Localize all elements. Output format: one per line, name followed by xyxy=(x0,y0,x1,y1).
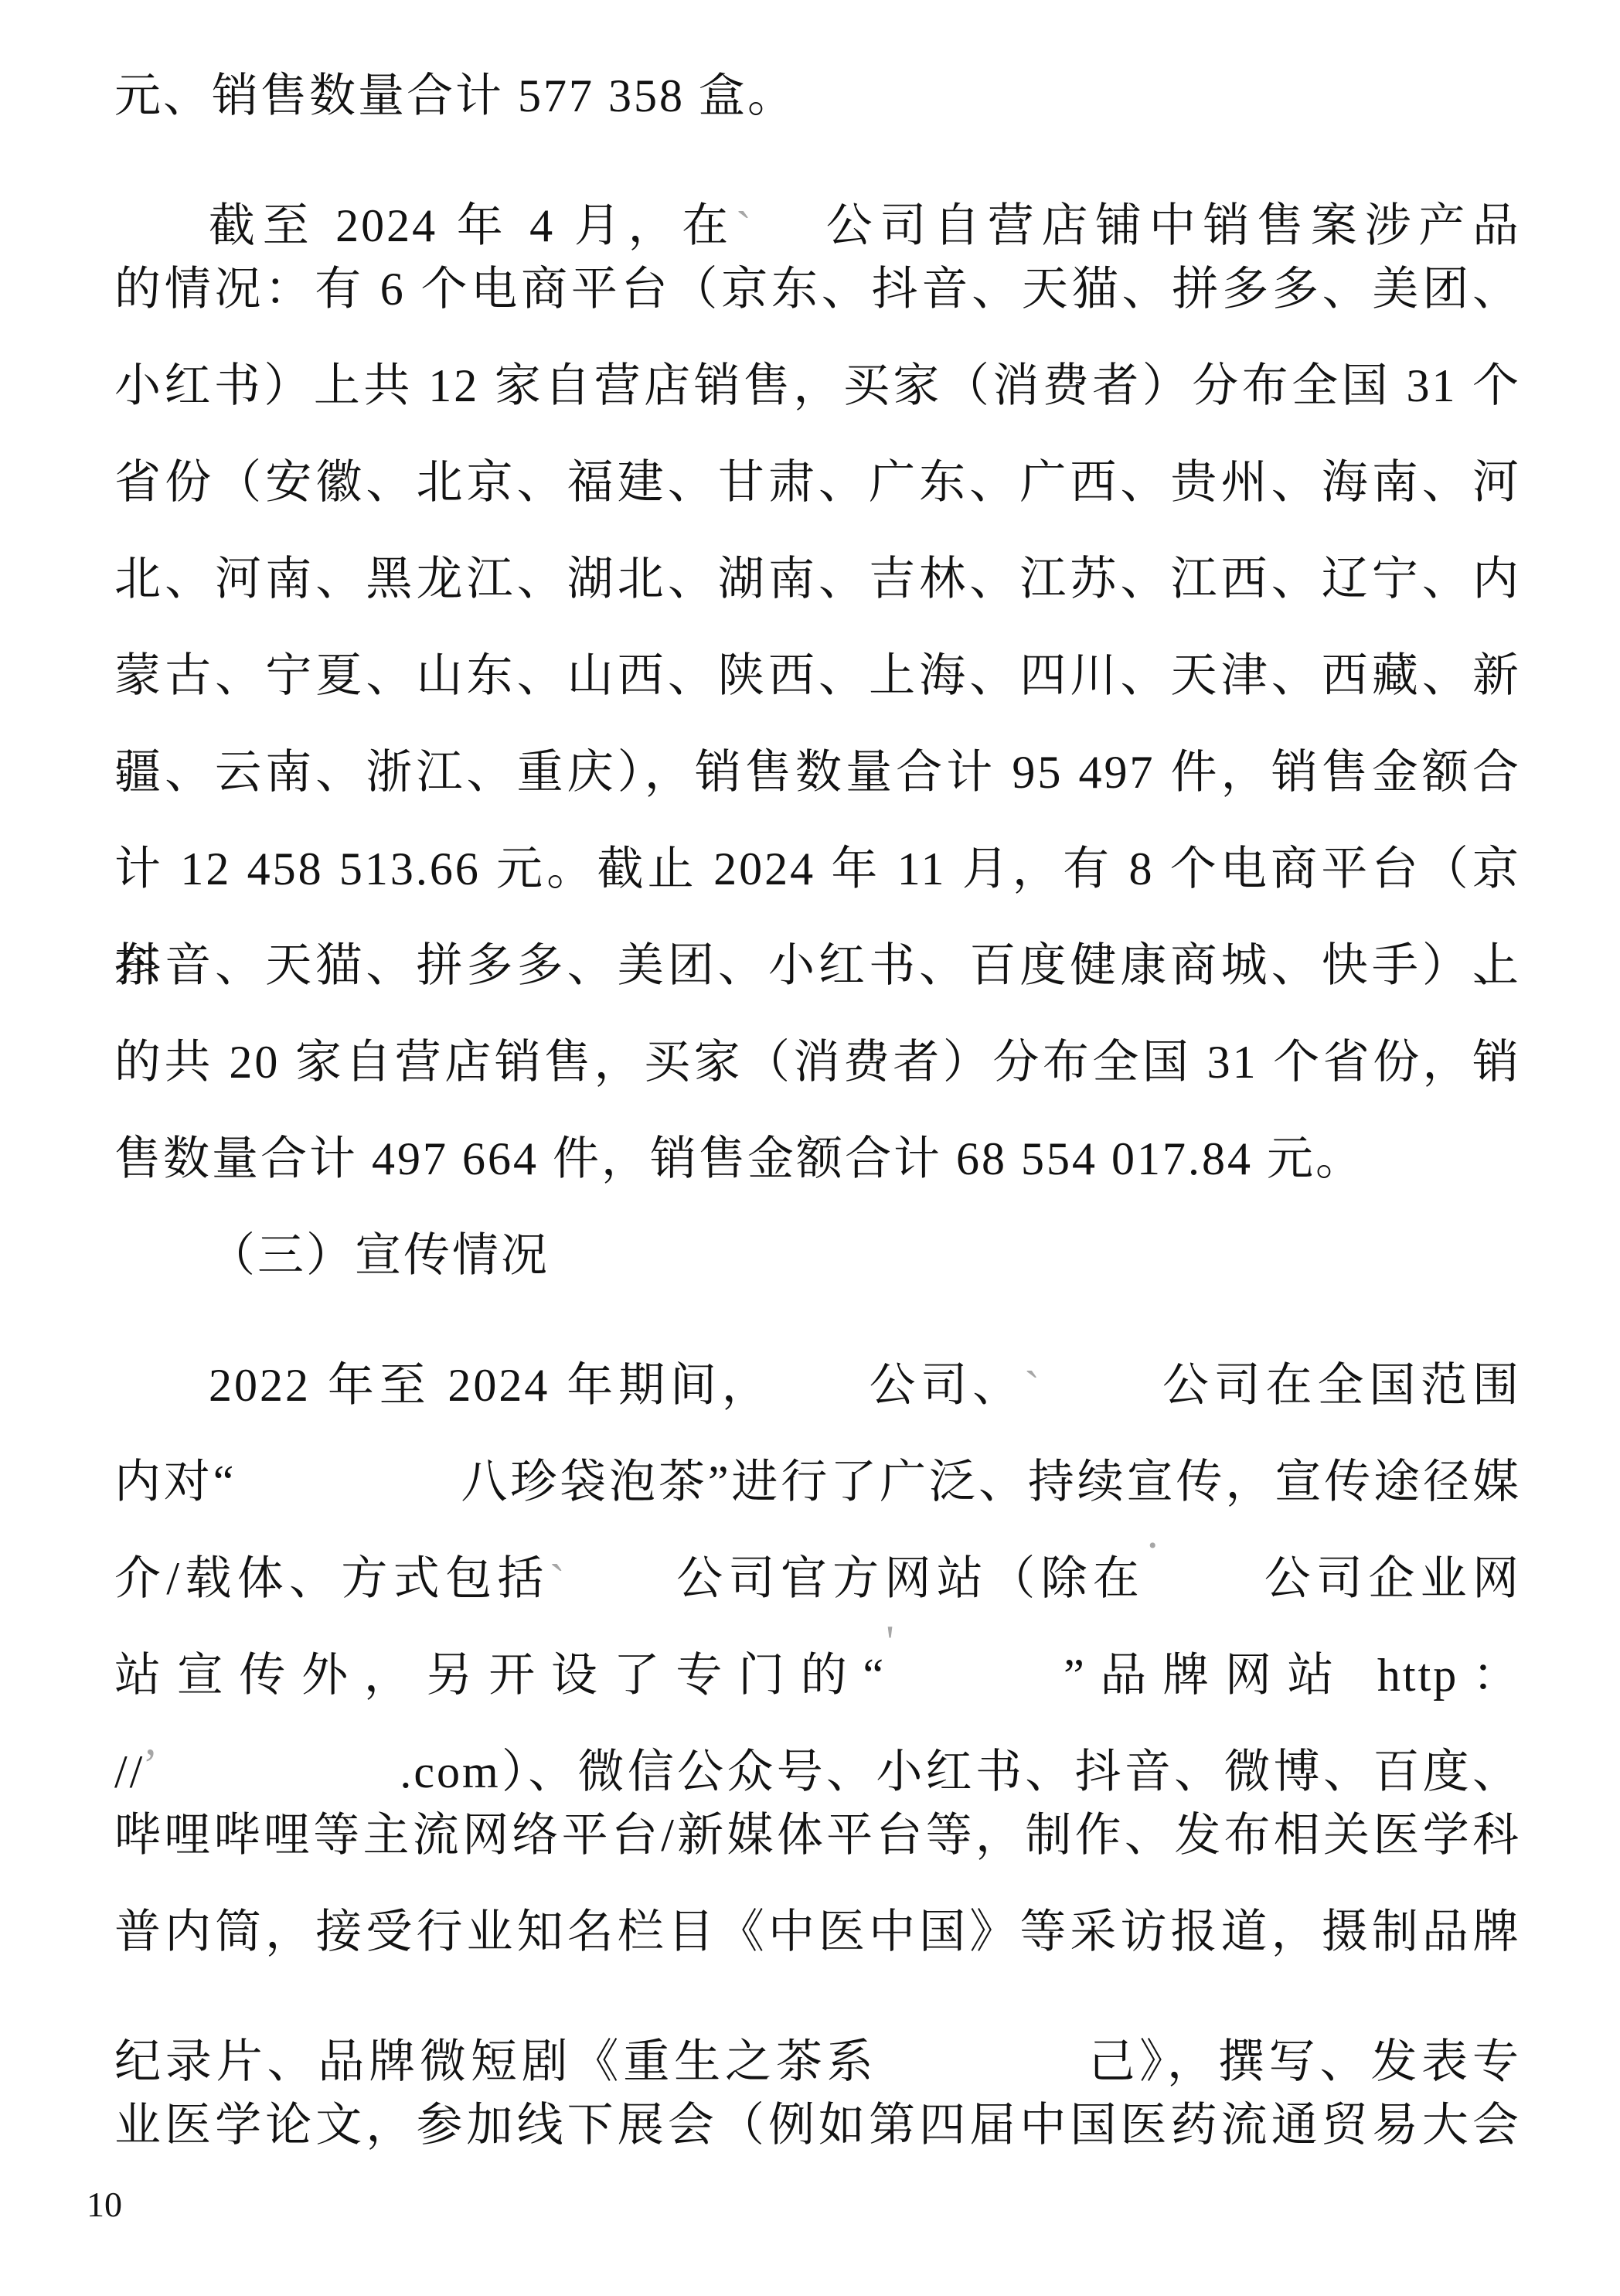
text-line: 内对“八珍袋泡茶”进行了广泛、持续宣传，宣传途径媒 xyxy=(114,1401,1521,1497)
text-segment: 北、河南、黑龙江、湖北、湖南、吉林、江苏、江西、辽宁、内 xyxy=(114,554,1521,605)
text-segment: 业医学论文，参加线下展会（例如第四届中国医药流通贸易大会 xyxy=(114,2100,1521,2151)
text-line: 业医学论文，参加线下展会（例如第四届中国医药流通贸易大会 xyxy=(114,2077,1521,2174)
text-line: 蒙古、宁夏、山东、山西、陕西、上海、四川、天津、西藏、新 xyxy=(114,628,1521,724)
text-line: 售数量合计 497 664 件，销售金额合计 68 554 017.84 元。 xyxy=(114,1111,1521,1208)
redaction-blank xyxy=(774,1304,866,1401)
text-segment: （三）宣传情况 xyxy=(209,1230,550,1281)
page-number: 10 xyxy=(87,2182,122,2228)
redaction-blank: · xyxy=(1145,1497,1261,1594)
text-line: 疆、云南、浙江、重庆），销售数量合计 95 497 件，销售金额合 xyxy=(114,724,1521,821)
text-line: 2022 年至 2024 年期间，公司、ˏ公司在全国范围 xyxy=(114,1304,1521,1401)
text-line: 普内筒，接受行业知名栏目《中医中国》等采访报道，摄制品牌 xyxy=(114,1884,1521,1981)
text-line: 的情况：有 6 个电商平台（京东、抖音、天猫、拼多多、美团、 xyxy=(114,241,1521,338)
document-page: 元、销售数量合计 577 358 盒。截至 2024 年 4 月，在ˏ公司自营店… xyxy=(0,0,1620,2296)
text-line: 哔哩哔哩等主流网络平台/新媒体平台等，制作、发布相关医学科 xyxy=(114,1787,1521,1884)
text-line: （三）宣传情况 xyxy=(114,1208,1521,1304)
redaction-blank: ˏ xyxy=(736,145,821,241)
text-line: 抖音、天猫、拼多多、美团、小红书、百度健康商城、快手）上 xyxy=(114,918,1521,1014)
text-segment: 小红书）上共 12 家自营店销售，买家（消费者）分布全国 31 个 xyxy=(114,360,1521,411)
text-line: 介/载体、方式包括ˏ公司官方网站（除在·公司企业网 xyxy=(114,1497,1521,1594)
redaction-blank xyxy=(878,1981,1087,2077)
text-segment: 的情况：有 6 个电商平台（京东、抖音、天猫、拼多多、美团、 xyxy=(114,264,1521,315)
text-segment: 疆、云南、浙江、重庆），销售数量合计 95 497 件，销售金额合 xyxy=(114,747,1521,798)
text-segment: 售数量合计 497 664 件，销售金额合计 68 554 017.84 元。 xyxy=(114,1133,1364,1184)
text-segment: 哔哩哔哩等主流网络平台/新媒体平台等，制作、发布相关医学科 xyxy=(114,1810,1521,1861)
text-segment: 蒙古、宁夏、山东、山西、陕西、上海、四川、天津、西藏、新 xyxy=(114,650,1521,701)
redaction-blank: ' xyxy=(886,1594,1064,1691)
text-segment: 元、销售数量合计 577 358 盒。 xyxy=(114,70,796,121)
redaction-blank: ˏ xyxy=(1024,1304,1159,1401)
text-line: 的共 20 家自营店销售，买家（消费者）分布全国 31 个省份，销 xyxy=(114,1014,1521,1111)
text-line: 省份（安徽、北京、福建、甘肃、广东、广西、贵州、海南、河 xyxy=(114,434,1521,531)
redaction-blank: ˏ xyxy=(550,1497,673,1594)
text-segment: 的共 20 家自营店销售，买家（消费者）分布全国 31 个省份，销 xyxy=(114,1037,1521,1088)
text-line: 小红书）上共 12 家自营店销售，买家（消费者）分布全国 31 个 xyxy=(114,338,1521,434)
text-line: 站宣传外，另开设了专门的“'”品牌网站 http： xyxy=(114,1594,1521,1691)
redaction-blank: , xyxy=(145,1691,400,1787)
text-line: 元、销售数量合计 577 358 盒。 xyxy=(114,48,1521,145)
text-block: 元、销售数量合计 577 358 盒。截至 2024 年 4 月，在ˏ公司自营店… xyxy=(114,48,1521,2174)
text-line: 北、河南、黑龙江、湖北、湖南、吉林、江苏、江西、辽宁、内 xyxy=(114,531,1521,628)
redaction-blank xyxy=(236,1401,460,1497)
text-line: 纪录片、品牌微短剧《重生之茶系己》，撰写、发表专 xyxy=(114,1981,1521,2077)
text-segment: 抖音、天猫、拼多多、美团、小红书、百度健康商城、快手）上 xyxy=(114,940,1521,991)
text-line: //,.com）、微信公众号、小红书、抖音、微博、百度、 xyxy=(114,1691,1521,1787)
text-segment: 省份（安徽、北京、福建、甘肃、广东、广西、贵州、海南、河 xyxy=(114,457,1521,508)
text-segment: 普内筒，接受行业知名栏目《中医中国》等采访报道，摄制品牌 xyxy=(114,1906,1521,1957)
text-line: 计 12 458 513.66 元。截止 2024 年 11 月，有 8 个电商… xyxy=(114,821,1521,918)
text-line: 截至 2024 年 4 月，在ˏ公司自营店铺中销售案涉产品 xyxy=(114,145,1521,241)
